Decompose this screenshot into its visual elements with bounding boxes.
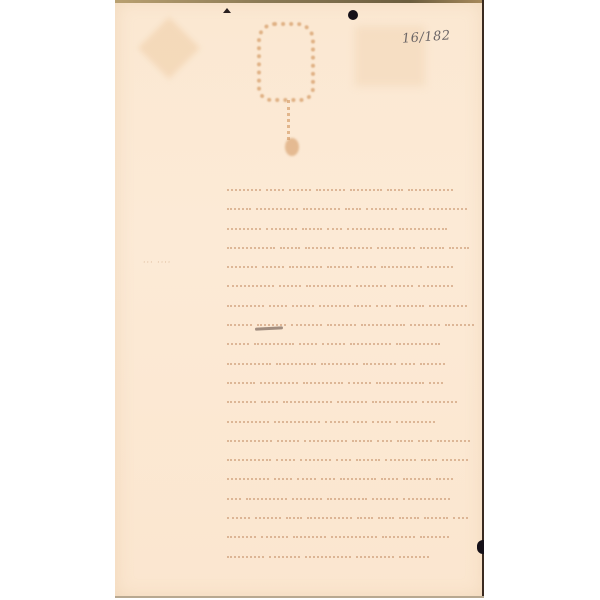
seal-drip bbox=[285, 138, 299, 156]
handwritten-word bbox=[336, 454, 351, 461]
handwritten-body bbox=[227, 178, 477, 564]
handwritten-word bbox=[437, 435, 470, 442]
handwritten-word bbox=[396, 416, 435, 423]
handwritten-word bbox=[319, 300, 349, 307]
handwritten-word bbox=[227, 493, 241, 500]
handwritten-word bbox=[227, 300, 264, 307]
handwritten-word bbox=[302, 223, 322, 230]
handwritten-word bbox=[377, 435, 392, 442]
handwritten-word bbox=[422, 396, 457, 403]
handwritten-word bbox=[376, 300, 391, 307]
handwritten-word bbox=[363, 358, 396, 365]
handwritten-word bbox=[408, 184, 453, 191]
handwritten-word bbox=[327, 223, 342, 230]
handwritten-word bbox=[352, 435, 372, 442]
handwritten-word bbox=[327, 493, 367, 500]
handwritten-word bbox=[277, 435, 299, 442]
handwritten-word bbox=[305, 242, 334, 249]
handwritten-word bbox=[297, 473, 316, 480]
handwritten-line bbox=[227, 332, 477, 351]
handwritten-word bbox=[372, 416, 391, 423]
handwritten-word bbox=[377, 242, 415, 249]
handwritten-word bbox=[255, 512, 281, 519]
handwritten-word bbox=[276, 358, 316, 365]
handwritten-word bbox=[292, 493, 322, 500]
handwritten-word bbox=[399, 223, 447, 230]
handwritten-word bbox=[402, 203, 424, 210]
handwritten-word bbox=[291, 319, 322, 326]
handwritten-word bbox=[354, 300, 371, 307]
handwritten-word bbox=[280, 242, 300, 249]
handwritten-word bbox=[453, 512, 468, 519]
handwritten-word bbox=[274, 473, 292, 480]
handwritten-word bbox=[261, 396, 278, 403]
handwritten-word bbox=[246, 493, 287, 500]
handwritten-word bbox=[357, 261, 376, 268]
handwritten-word bbox=[299, 338, 317, 345]
handwritten-word bbox=[327, 261, 352, 268]
handwritten-word bbox=[289, 261, 322, 268]
handwritten-word bbox=[227, 531, 256, 538]
handwritten-word bbox=[300, 454, 331, 461]
handwritten-word bbox=[283, 396, 332, 403]
handwritten-word bbox=[262, 261, 284, 268]
handwritten-word bbox=[227, 223, 261, 230]
handwritten-word bbox=[293, 531, 326, 538]
handwritten-word bbox=[356, 454, 380, 461]
handwritten-word bbox=[292, 300, 314, 307]
handwritten-word bbox=[227, 396, 256, 403]
handwritten-word bbox=[316, 184, 345, 191]
handwritten-word bbox=[227, 454, 271, 461]
handwritten-word bbox=[356, 280, 386, 287]
handwritten-word bbox=[378, 512, 394, 519]
handwritten-word bbox=[276, 454, 295, 461]
handwritten-line bbox=[227, 410, 477, 429]
handwritten-word bbox=[442, 454, 468, 461]
handwritten-line bbox=[227, 294, 477, 313]
handwritten-word bbox=[381, 261, 422, 268]
handwritten-word bbox=[372, 396, 417, 403]
handwritten-line bbox=[227, 371, 477, 390]
handwritten-word bbox=[429, 377, 443, 384]
handwritten-line bbox=[227, 448, 477, 467]
handwritten-word bbox=[337, 396, 367, 403]
handwritten-word bbox=[227, 261, 257, 268]
handwritten-word bbox=[227, 203, 251, 210]
handwritten-word bbox=[227, 551, 264, 558]
handwritten-word bbox=[322, 338, 345, 345]
handwritten-word bbox=[420, 358, 445, 365]
handwritten-word bbox=[357, 512, 373, 519]
handwritten-word bbox=[227, 338, 249, 345]
handwritten-word bbox=[227, 473, 269, 480]
page-right-edge bbox=[482, 0, 484, 598]
handwritten-word bbox=[361, 319, 405, 326]
handwritten-line bbox=[227, 467, 477, 486]
handwritten-word bbox=[403, 493, 450, 500]
handwritten-word bbox=[376, 377, 424, 384]
handwritten-word bbox=[227, 435, 272, 442]
diamond-stain bbox=[138, 17, 200, 79]
handwritten-word bbox=[427, 261, 453, 268]
handwritten-word bbox=[266, 184, 284, 191]
handwritten-word bbox=[399, 551, 429, 558]
handwritten-line bbox=[227, 313, 477, 332]
handwritten-word bbox=[286, 512, 302, 519]
handwritten-line bbox=[227, 429, 477, 448]
handwritten-line bbox=[227, 487, 477, 506]
handwritten-word bbox=[261, 531, 288, 538]
handwritten-word bbox=[227, 242, 275, 249]
handwritten-word bbox=[366, 203, 397, 210]
handwritten-word bbox=[420, 531, 449, 538]
handwritten-word bbox=[372, 493, 398, 500]
handwritten-word bbox=[403, 473, 431, 480]
handwritten-word bbox=[410, 319, 440, 326]
margin-note: ··· ···· bbox=[143, 258, 171, 267]
handwritten-word bbox=[350, 184, 382, 191]
handwritten-word bbox=[339, 242, 372, 249]
handwritten-word bbox=[331, 531, 377, 538]
handwritten-word bbox=[321, 358, 358, 365]
handwritten-line bbox=[227, 545, 477, 564]
handwritten-word bbox=[279, 280, 301, 287]
handwritten-word bbox=[356, 551, 394, 558]
handwritten-word bbox=[321, 473, 335, 480]
handwritten-word bbox=[227, 319, 252, 326]
handwritten-word bbox=[269, 300, 287, 307]
folio-number: 16/182 bbox=[402, 28, 452, 46]
handwritten-word bbox=[303, 377, 343, 384]
handwritten-word bbox=[340, 473, 376, 480]
page-bottom-edge bbox=[115, 596, 484, 598]
handwritten-word bbox=[350, 338, 391, 345]
handwritten-word bbox=[399, 512, 419, 519]
punch-hole-icon bbox=[348, 10, 358, 20]
handwritten-line bbox=[227, 255, 477, 274]
handwritten-word bbox=[353, 416, 367, 423]
handwritten-word bbox=[305, 551, 351, 558]
handwritten-word bbox=[257, 319, 286, 326]
handwritten-word bbox=[391, 280, 413, 287]
handwritten-word bbox=[303, 203, 340, 210]
handwritten-word bbox=[266, 223, 297, 230]
handwritten-word bbox=[421, 454, 437, 461]
handwritten-word bbox=[397, 435, 413, 442]
handwritten-word bbox=[304, 435, 347, 442]
handwritten-word bbox=[345, 203, 361, 210]
handwritten-word bbox=[347, 223, 394, 230]
handwritten-word bbox=[306, 280, 351, 287]
handwritten-word bbox=[227, 416, 269, 423]
handwritten-word bbox=[227, 512, 250, 519]
handwritten-word bbox=[227, 358, 271, 365]
handwritten-word bbox=[348, 377, 371, 384]
handwritten-word bbox=[227, 280, 274, 287]
handwritten-line bbox=[227, 236, 477, 255]
handwritten-word bbox=[269, 551, 300, 558]
handwritten-line bbox=[227, 217, 477, 236]
handwritten-word bbox=[449, 242, 469, 249]
handwritten-word bbox=[274, 416, 320, 423]
handwritten-word bbox=[445, 319, 474, 326]
pin-mark-icon bbox=[223, 8, 231, 13]
handwritten-word bbox=[382, 531, 415, 538]
handwritten-word bbox=[385, 454, 416, 461]
handwritten-word bbox=[436, 473, 453, 480]
handwritten-word bbox=[289, 184, 311, 191]
handwritten-word bbox=[429, 203, 467, 210]
handwritten-line bbox=[227, 506, 477, 525]
handwritten-word bbox=[396, 300, 424, 307]
handwritten-word bbox=[327, 319, 356, 326]
handwritten-word bbox=[381, 473, 398, 480]
handwritten-word bbox=[401, 358, 415, 365]
wax-seal-stain-icon bbox=[257, 22, 315, 102]
handwritten-word bbox=[254, 338, 294, 345]
manuscript-page: 16/182 ··· ···· bbox=[115, 0, 484, 598]
handwritten-word bbox=[227, 184, 261, 191]
handwritten-word bbox=[418, 435, 432, 442]
handwritten-line bbox=[227, 352, 477, 371]
handwritten-word bbox=[387, 184, 403, 191]
handwritten-word bbox=[325, 416, 348, 423]
scan-canvas: 16/182 ··· ···· bbox=[0, 0, 600, 600]
handwritten-word bbox=[396, 338, 440, 345]
handwritten-word bbox=[256, 203, 298, 210]
handwritten-word bbox=[424, 512, 448, 519]
handwritten-word bbox=[227, 377, 255, 384]
seal-drip-trail bbox=[287, 100, 300, 140]
edge-tear bbox=[477, 540, 484, 554]
handwritten-line bbox=[227, 274, 477, 293]
page-top-edge bbox=[115, 0, 484, 3]
handwritten-line bbox=[227, 390, 477, 409]
handwritten-word bbox=[418, 280, 453, 287]
handwritten-line bbox=[227, 197, 477, 216]
handwritten-line bbox=[227, 178, 477, 197]
handwritten-word bbox=[307, 512, 352, 519]
handwritten-word bbox=[260, 377, 298, 384]
handwritten-word bbox=[429, 300, 467, 307]
handwritten-word bbox=[420, 242, 444, 249]
handwritten-line bbox=[227, 525, 477, 544]
